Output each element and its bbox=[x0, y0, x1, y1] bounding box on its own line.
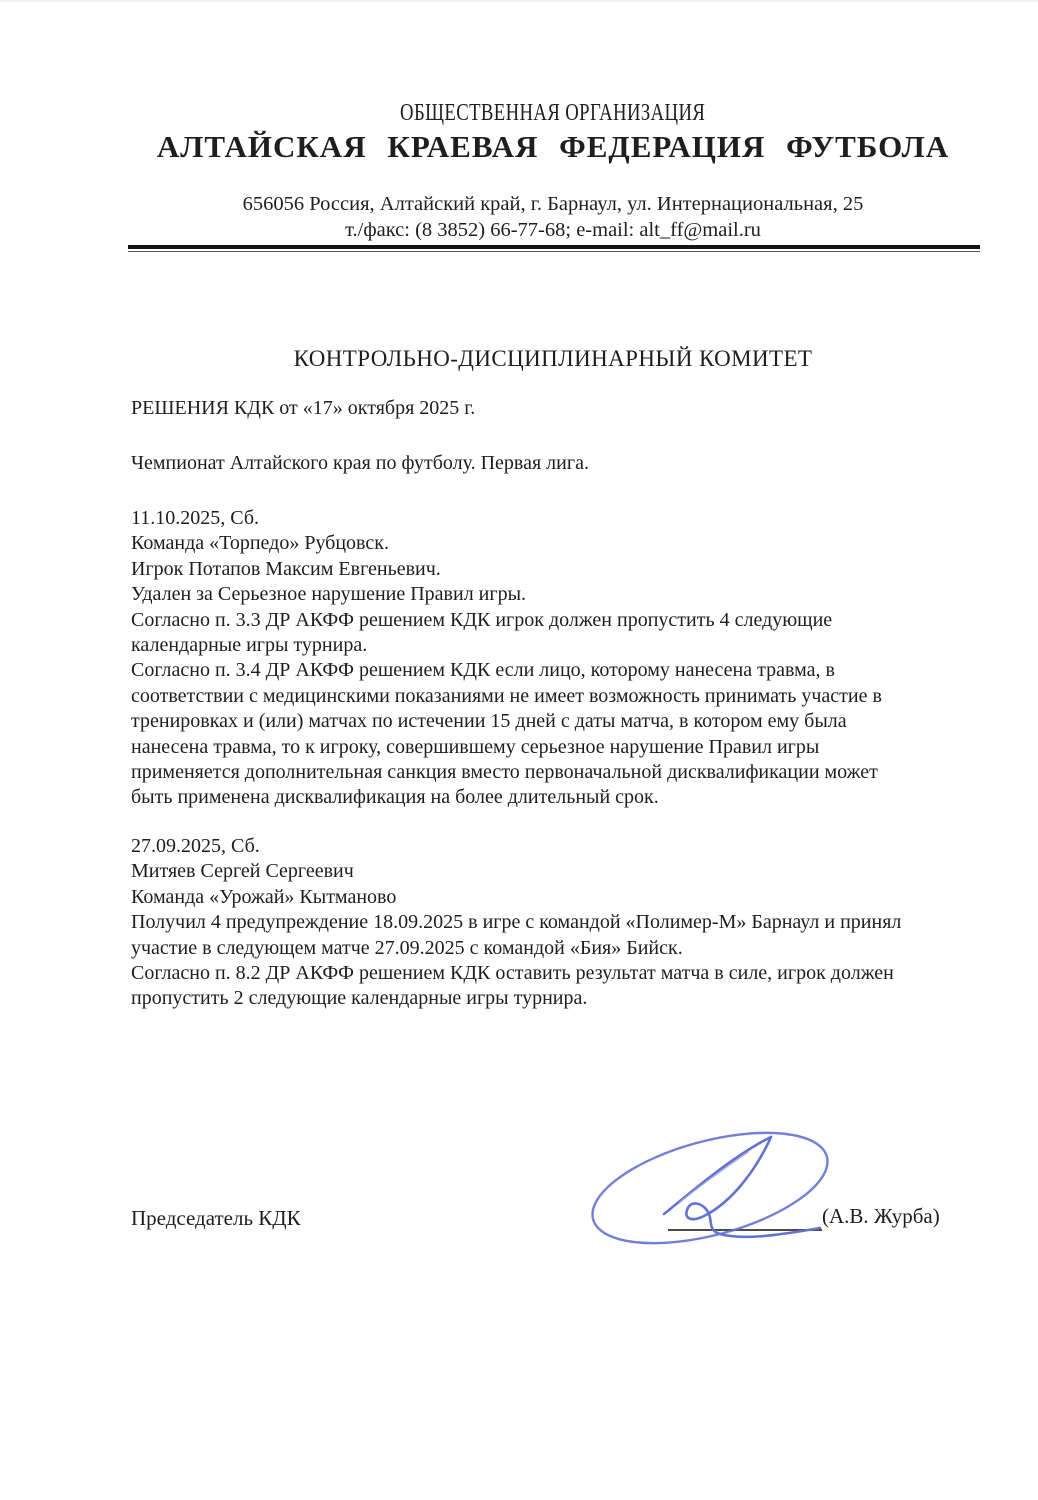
decision-date-line: РЕШЕНИЯ КДК от «17» октября 2025 г. bbox=[131, 396, 991, 421]
case-1-line: быть применена дисквалификация на более … bbox=[131, 785, 991, 810]
case-1-line: Согласно п. 3.3 ДР АКФФ решением КДК игр… bbox=[131, 608, 991, 633]
case-1-line: 11.10.2025, Сб. bbox=[131, 506, 991, 531]
signature-ink bbox=[581, 1126, 839, 1251]
document-page: ОБЩЕСТВЕННАЯ ОРГАНИЗАЦИЯ АЛТАЙСКАЯ КРАЕВ… bbox=[0, 0, 1038, 1500]
case-2-line: Команда «Урожай» Кытманово bbox=[131, 885, 991, 910]
case-2-line: участие в следующем матче 27.09.2025 с к… bbox=[131, 936, 991, 961]
case-1-line: Удален за Серьезное нарушение Правил игр… bbox=[131, 582, 991, 607]
competition-line: Чемпионат Алтайского края по футболу. Пе… bbox=[131, 451, 991, 476]
case-1-line: применяется дополнительная санкция вмест… bbox=[131, 760, 991, 785]
case-2-block: 27.09.2025, Сб. Митяев Сергей Сергеевич … bbox=[131, 834, 991, 1012]
case-1-line: Команда «Торпедо» Рубцовск. bbox=[131, 531, 991, 556]
case-2-line: Получил 4 предупреждение 18.09.2025 в иг… bbox=[131, 910, 991, 935]
signatory-position: Председатель КДК bbox=[131, 1206, 301, 1231]
handwritten-signature bbox=[578, 1126, 848, 1251]
case-1-line: тренировках и (или) матчах по истечении … bbox=[131, 709, 991, 734]
letterhead-rule-thin bbox=[128, 251, 980, 252]
case-2-line: 27.09.2025, Сб. bbox=[131, 834, 991, 859]
case-2-line: Митяев Сергей Сергеевич bbox=[131, 859, 991, 884]
case-2-line: Согласно п. 8.2 ДР АКФФ решением КДК ост… bbox=[131, 961, 991, 986]
case-1-block: 11.10.2025, Сб. Команда «Торпедо» Рубцов… bbox=[131, 506, 991, 811]
case-1-line: календарные игры турнира. bbox=[131, 633, 991, 658]
case-2-line: пропустить 2 следующие календарные игры … bbox=[131, 986, 991, 1011]
document-title: КОНТРОЛЬНО-ДИСЦИПЛИНАРНЫЙ КОМИТЕТ bbox=[131, 346, 975, 372]
org-name-heading: АЛТАЙСКАЯ КРАЕВАЯ ФЕДЕРАЦИЯ ФУТБОЛА bbox=[131, 129, 975, 165]
case-1-line: нанесена травма, то к игроку, совершивше… bbox=[131, 735, 991, 760]
case-1-line: Игрок Потапов Максим Евгеньевич. bbox=[131, 557, 991, 582]
case-1-line: Согласно п. 3.4 ДР АКФФ решением КДК есл… bbox=[131, 658, 991, 683]
scan-edge-artifact bbox=[0, 0, 1038, 2]
letterhead-rule-thick bbox=[128, 245, 980, 249]
org-type-text: ОБЩЕСТВЕННАЯ ОРГАНИЗАЦИЯ bbox=[400, 100, 705, 127]
org-contacts: т./факс: (8 3852) 66-77-68; e-mail: alt_… bbox=[131, 219, 975, 242]
case-1-line: соответствии с медицинскими показаниями … bbox=[131, 684, 991, 709]
org-type-heading: ОБЩЕСТВЕННАЯ ОРГАНИЗАЦИЯ bbox=[131, 100, 975, 127]
org-address: 656056 Россия, Алтайский край, г. Барнау… bbox=[131, 193, 975, 216]
